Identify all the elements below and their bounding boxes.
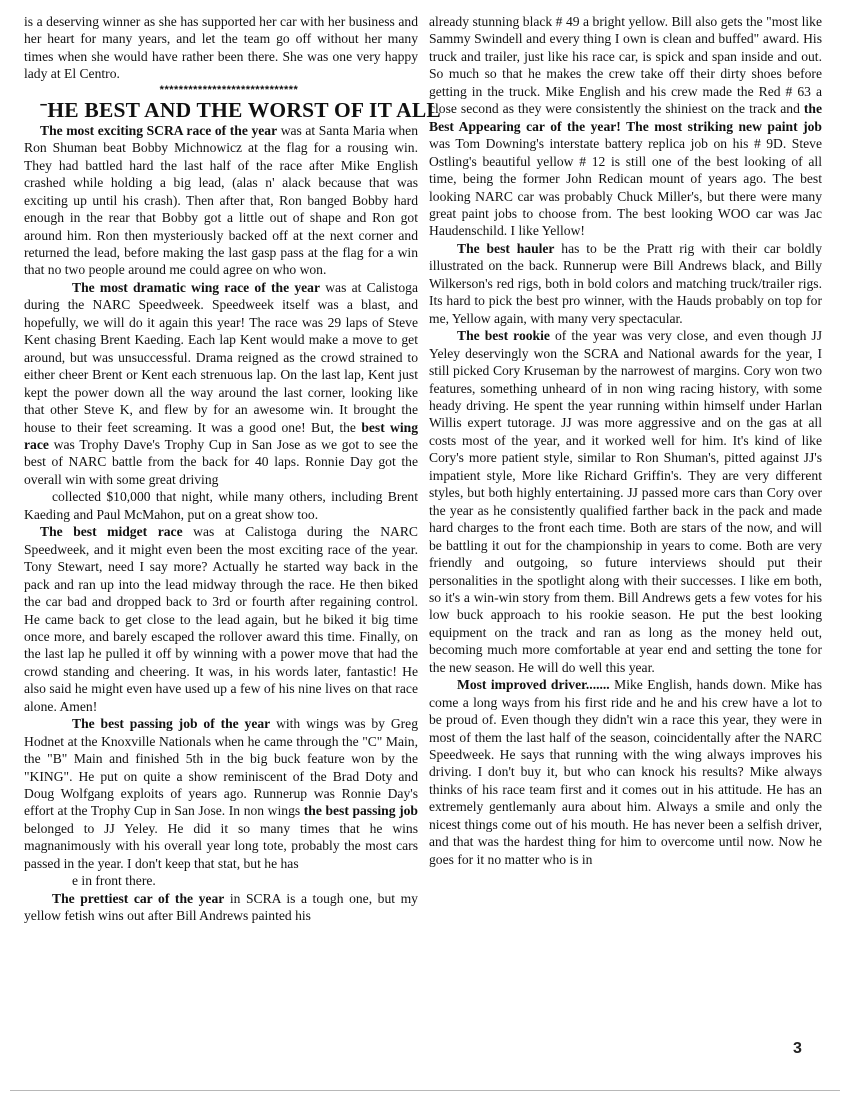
paragraph-body: was at Calistoga during the NARC Speedwe… — [24, 280, 418, 435]
newsletter-page: is a deserving winner as she has support… — [0, 0, 850, 1100]
paragraph-best-midget: The best midget race was at Calistoga du… — [24, 523, 418, 715]
paragraph-body: collected $10,000 that night, while many… — [24, 489, 418, 521]
paragraph-trophy-cup-continued: collected $10,000 that night, while many… — [24, 488, 418, 523]
left-column: is a deserving winner as she has support… — [24, 13, 418, 925]
asterisk-separator: ***************************** — [24, 83, 418, 98]
intro-paragraph: is a deserving winner as she has support… — [24, 13, 418, 83]
paragraph-prettiest-car-continued: already stunning black # 49 a bright yel… — [429, 13, 822, 240]
paragraph-best-rookie: The best rookie of the year was very clo… — [429, 327, 822, 676]
paragraph-body-secondary: belonged to JJ Yeley. He did it so many … — [24, 821, 418, 871]
paragraph-body: e in front there. — [72, 873, 156, 888]
paragraph-body: was at Santa Maria when Ron Shuman beat … — [24, 123, 418, 278]
paragraph-lead: Most improved driver....... — [457, 677, 610, 692]
paragraph-most-improved-driver: Most improved driver....... Mike English… — [429, 676, 822, 868]
paragraph-body-secondary: was Tom Downing's interstate battery rep… — [429, 136, 822, 238]
paragraph-lead: The best hauler — [457, 241, 554, 256]
paragraph-body-secondary: was Trophy Dave's Trophy Cup in San Jose… — [24, 437, 418, 487]
paragraph-passing-fragment: e in front there. — [24, 872, 418, 889]
paragraph-lead-secondary: the best passing job — [304, 803, 418, 818]
paragraph-best-passing-job: The best passing job of the year with wi… — [24, 715, 418, 872]
paragraph-most-exciting-scra: The most exciting SCRA race of the year … — [24, 122, 418, 279]
paragraph-body: Mike English, hands down. Mike has come … — [429, 677, 822, 867]
paragraph-best-hauler: The best hauler has to be the Pratt rig … — [429, 240, 822, 327]
paragraph-prettiest-car: The prettiest car of the year in SCRA is… — [24, 890, 418, 925]
page-number: 3 — [793, 1040, 802, 1058]
paragraph-lead: The most exciting SCRA race of the year — [40, 123, 277, 138]
paragraph-most-dramatic-wing: The most dramatic wing race of the year … — [24, 279, 418, 488]
paragraph-body: already stunning black # 49 a bright yel… — [429, 14, 822, 116]
paragraph-lead: The most dramatic wing race of the year — [72, 280, 320, 295]
paragraph-body: of the year was very close, and even tho… — [429, 328, 822, 675]
right-column: already stunning black # 49 a bright yel… — [429, 13, 822, 868]
article-headline: ˉHE BEST AND THE WORST OF IT ALL — [24, 98, 418, 122]
paragraph-lead: The best rookie — [457, 328, 550, 343]
footer-divider — [10, 1090, 840, 1091]
paragraph-body: was at Calistoga during the NARC Speedwe… — [24, 524, 418, 714]
paragraph-lead: The best passing job of the year — [72, 716, 270, 731]
paragraph-lead: The best midget race — [40, 524, 183, 539]
paragraph-lead: The prettiest car of the year — [52, 891, 224, 906]
